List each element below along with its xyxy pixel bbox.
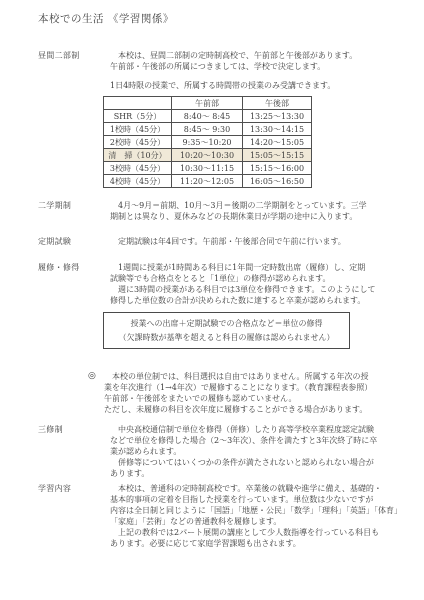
timetable-row: 3校時（45分） 10:30～11:15 15:15～16:00	[104, 162, 312, 175]
credit-box-caveat: （欠課時数が基準を超えると科目の履修は認められません）	[106, 331, 347, 345]
section-two-term-system: 二学期制 4月～9月＝前期、10月～3月＝後期の二学期制をとっています。三学 期…	[38, 200, 424, 222]
pm-time-cell: 16:05～16:50	[243, 175, 312, 188]
am-time-cell: 9:35～10:20	[172, 136, 243, 149]
paragraph: 中央高校通信制で単位を修得（併修）したり高等学校卒業程度認定試験 などで単位を修…	[110, 424, 424, 479]
section-body-course-completion: 1週間に授業が1時間ある科目に1年間一定時数出席（履修）し、定期 試験等でも合格…	[110, 262, 424, 349]
paragraph: 1日4時限の授業で、所属する時間帯の授業のみ受講できます。	[110, 80, 424, 91]
section-course-completion: 履修・修得 1週間に授業が1時間ある科目に1年間一定時数出席（履修）し、定期 試…	[38, 262, 424, 349]
period-cell: 3校時（45分）	[104, 162, 172, 175]
section-three-year-completion: 三修制 中央高校通信制で単位を修得（併修）したり高等学校卒業程度認定試験 などで…	[38, 424, 424, 479]
timetable-header-row: 午前部 午後部	[104, 97, 312, 110]
am-time-cell: 8:40～ 8:45	[172, 110, 243, 123]
period-header-cell	[104, 97, 172, 110]
timetable-row: 2校時（45分） 9:35～10:20 14:20～15:05	[104, 136, 312, 149]
section-label-regular-exams: 定期試験	[38, 236, 110, 247]
section-label-three-year-completion: 三修制	[38, 424, 110, 479]
am-time-cell: 11:20～12:05	[172, 175, 243, 188]
paragraph: 4月～9月＝前期、10月～3月＝後期の二学期制をとっています。三学 期制とは異な…	[110, 200, 424, 222]
pm-time-cell: 13:30～14:15	[243, 123, 312, 136]
pm-time-cell: 13:25～13:30	[243, 110, 312, 123]
section-label-daytime-two-part: 昼間二部制	[38, 50, 110, 188]
credit-summary-box: 授業への出席＋定期試験での合格点など＝単位の修得 （欠課時数が基準を超えると科目…	[103, 312, 350, 349]
period-cell: SHR（5分）	[104, 110, 172, 123]
section-body-daytime-two-part: 本校は、昼間二部制の定時制高校で、午前部と午後部があります。 午前部・午後部の所…	[110, 50, 424, 188]
am-time-cell: 10:30～11:15	[172, 162, 243, 175]
paragraph: 本校は、普通科の定時制高校です。卒業後の就職や進学に備え、基礎的・ 基本的事項の…	[110, 483, 424, 549]
timetable-row: 4校時（45分） 11:20～12:05 16:05～16:50	[104, 175, 312, 188]
period-cell: 清 掃（10分）	[104, 149, 172, 162]
document-page: 本校での生活 《学習関係》 昼間二部制 本校は、昼間二部制の定時制高校で、午前部…	[0, 0, 424, 600]
paragraph: 定期試験は年4回です。午前部・午後部合同で午前に行います。	[110, 236, 424, 247]
period-cell: 4校時（45分）	[104, 175, 172, 188]
unit-system-note: ◎ 本校の単位制では、科目選択は自由ではありません。所属する年次の授 業を年次進…	[88, 371, 424, 415]
period-cell: 1校時（45分）	[104, 123, 172, 136]
class-timetable: 午前部 午後部 SHR（5分） 8:40～ 8:45 13:25～13:30 1…	[103, 96, 312, 188]
section-body-two-term-system: 4月～9月＝前期、10月～3月＝後期の二学期制をとっています。三学 期制とは異な…	[110, 200, 424, 222]
paragraph: 本校は、昼間二部制の定時制高校で、午前部と午後部があります。 午前部・午後部の所…	[110, 50, 424, 72]
page-title: 本校での生活 《学習関係》	[38, 13, 424, 26]
unit-system-note-text: 本校の単位制では、科目選択は自由ではありません。所属する年次の授 業を年次進行（…	[104, 371, 414, 415]
credit-box-formula: 授業への出席＋定期試験での合格点など＝単位の修得	[106, 317, 347, 331]
timetable-row-cleaning-highlighted: 清 掃（10分） 10:20～10:30 15:05～15:15	[104, 149, 312, 162]
section-label-course-completion: 履修・修得	[38, 262, 110, 349]
section-regular-exams: 定期試験 定期試験は年4回です。午前部・午後部合同で午前に行います。	[38, 236, 424, 247]
pm-time-cell: 14:20～15:05	[243, 136, 312, 149]
section-body-regular-exams: 定期試験は年4回です。午前部・午後部合同で午前に行います。	[110, 236, 424, 247]
timetable-row: SHR（5分） 8:40～ 8:45 13:25～13:30	[104, 110, 312, 123]
period-cell: 2校時（45分）	[104, 136, 172, 149]
section-label-learning-content: 学習内容	[38, 483, 110, 549]
afternoon-part-header-cell: 午後部	[243, 97, 312, 110]
section-body-three-year-completion: 中央高校通信制で単位を修得（併修）したり高等学校卒業程度認定試験 などで単位を修…	[110, 424, 424, 479]
paragraph: 1週間に授業が1時間ある科目に1年間一定時数出席（履修）し、定期 試験等でも合格…	[110, 262, 424, 306]
am-time-cell: 8:45～ 9:30	[172, 123, 243, 136]
pm-time-cell: 15:05～15:15	[243, 149, 312, 162]
section-label-two-term-system: 二学期制	[38, 200, 110, 222]
section-learning-content: 学習内容 本校は、普通科の定時制高校です。卒業後の就職や進学に備え、基礎的・ 基…	[38, 483, 424, 549]
section-body-learning-content: 本校は、普通科の定時制高校です。卒業後の就職や進学に備え、基礎的・ 基本的事項の…	[110, 483, 424, 549]
double-circle-bullet-icon: ◎	[88, 371, 104, 415]
morning-part-header-cell: 午前部	[172, 97, 243, 110]
pm-time-cell: 15:15～16:00	[243, 162, 312, 175]
section-daytime-two-part: 昼間二部制 本校は、昼間二部制の定時制高校で、午前部と午後部があります。 午前部…	[38, 50, 424, 188]
timetable-row: 1校時（45分） 8:45～ 9:30 13:30～14:15	[104, 123, 312, 136]
am-time-cell: 10:20～10:30	[172, 149, 243, 162]
